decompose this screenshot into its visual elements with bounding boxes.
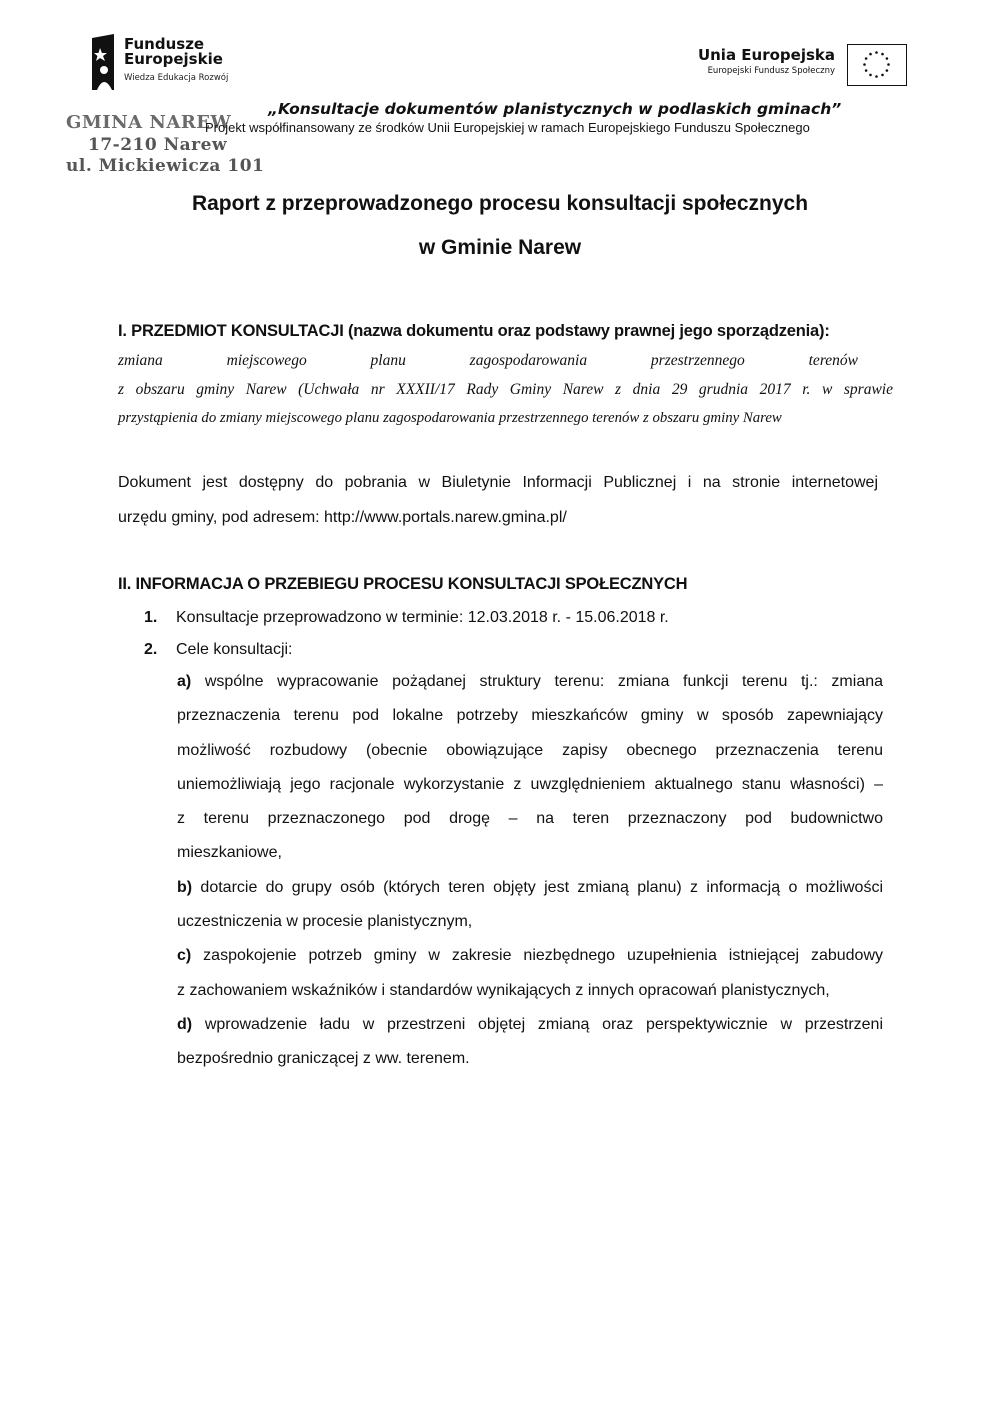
page-title: Raport z przeprowadzonego procesu konsul… xyxy=(0,192,1000,216)
goal-text: wspólne wypracowanie pożądanej struktury… xyxy=(205,673,883,690)
goal-a-line: a) wspólne wypracowanie pożądanej strukt… xyxy=(177,673,883,691)
goal-text: uczestniczenia w procesie planistycznym, xyxy=(177,913,472,930)
stamp-line-2: 17-210 Narew xyxy=(88,135,227,155)
section-2-heading: II. INFORMACJA O PRZEBIEGU PROCESU KONSU… xyxy=(118,575,687,594)
subject-line-1: zmiana miejscowego planu zagospodarowani… xyxy=(118,352,858,370)
goal-a-line: przeznaczenia terenu pod lokalne potrzeb… xyxy=(177,707,883,725)
goal-a-line: uniemożliwiają jego racjonale wykorzysta… xyxy=(177,776,883,794)
project-cofinancing: Projekt współfinansowany ze środków Unii… xyxy=(205,120,810,135)
fundusze-europejskie-star-icon xyxy=(90,34,116,90)
availability-prefix: urzędu gminy, pod adresem: xyxy=(118,509,324,526)
list-item-text: Konsultacje przeprowadzono w terminie: 1… xyxy=(176,609,669,626)
goal-c-line: c) zaspokojenie potrzeb gminy w zakresie… xyxy=(177,947,883,965)
page-subtitle: w Gminie Narew xyxy=(0,236,1000,260)
list-item-1: 1.Konsultacje przeprowadzono w terminie:… xyxy=(144,609,669,627)
goal-letter: d) xyxy=(177,1016,205,1033)
logo-name-line2: Europejskie xyxy=(124,52,223,67)
list-item-text: Cele konsultacji: xyxy=(176,641,293,658)
eu-logo-subtitle: Europejski Fundusz Społeczny xyxy=(708,66,835,76)
goal-d-line: d) wprowadzenie ładu w przestrzeni objęt… xyxy=(177,1016,883,1034)
subject-line-3: przystąpienia do zmiany miejscowego plan… xyxy=(118,410,782,427)
goal-text: z terenu przeznaczonego pod drogę – na t… xyxy=(177,810,883,827)
availability-line-1: Dokument jest dostępny do pobrania w Biu… xyxy=(118,474,878,492)
subject-line-2: z obszaru gminy Narew (Uchwała nr XXXII/… xyxy=(118,381,893,399)
goal-text: z zachowaniem wskaźników i standardów wy… xyxy=(177,982,830,999)
goal-a-line: możliwość rozbudowy (obecnie obowiązując… xyxy=(177,742,883,760)
project-title: „Konsultacje dokumentów planistycznych w… xyxy=(268,100,841,118)
goal-a-line: z terenu przeznaczonego pod drogę – na t… xyxy=(177,810,883,828)
fundusze-europejskie-name: Fundusze Europejskie xyxy=(124,37,223,67)
availability-line-2: urzędu gminy, pod adresem: http://www.po… xyxy=(118,509,567,527)
goal-b-line: b) dotarcie do grupy osób (których teren… xyxy=(177,879,883,897)
section-1-heading: I. PRZEDMIOT KONSULTACJI (nazwa dokument… xyxy=(118,322,830,341)
goal-letter: b) xyxy=(177,879,200,896)
goal-text: zaspokojenie potrzeb gminy w zakresie ni… xyxy=(203,947,883,964)
goal-text: przeznaczenia terenu pod lokalne potrzeb… xyxy=(177,707,883,724)
list-item-number: 2. xyxy=(144,641,176,659)
goal-letter: a) xyxy=(177,673,205,690)
goal-text: możliwość rozbudowy (obecnie obowiązując… xyxy=(177,742,883,759)
goal-text: wprowadzenie ładu w przestrzeni objętej … xyxy=(205,1016,883,1033)
goal-text: uniemożliwiają jego racjonale wykorzysta… xyxy=(177,776,883,793)
stamp-line-3: ul. Mickiewicza 101 xyxy=(66,156,264,176)
goal-text: mieszkaniowe, xyxy=(177,844,282,861)
eu-flag-icon xyxy=(847,44,907,86)
goal-a-line: mieszkaniowe, xyxy=(177,844,282,862)
list-item-2: 2.Cele konsultacji: xyxy=(144,641,293,659)
goal-text: dotarcie do grupy osób (których teren ob… xyxy=(200,879,883,896)
availability-url-link[interactable]: http://www.portals.narew.gmina.pl/ xyxy=(324,509,567,526)
eu-logo-name: Unia Europejska xyxy=(698,46,835,64)
fundusze-europejskie-tagline: Wiedza Edukacja Rozwój xyxy=(124,73,228,83)
goal-text: bezpośrednio graniczącej z ww. terenem. xyxy=(177,1050,470,1067)
goal-c-line: z zachowaniem wskaźników i standardów wy… xyxy=(177,982,830,1000)
goal-letter: c) xyxy=(177,947,203,964)
goal-b-line: uczestniczenia w procesie planistycznym, xyxy=(177,913,472,931)
goal-d-line: bezpośrednio graniczącej z ww. terenem. xyxy=(177,1050,470,1068)
list-item-number: 1. xyxy=(144,609,176,627)
